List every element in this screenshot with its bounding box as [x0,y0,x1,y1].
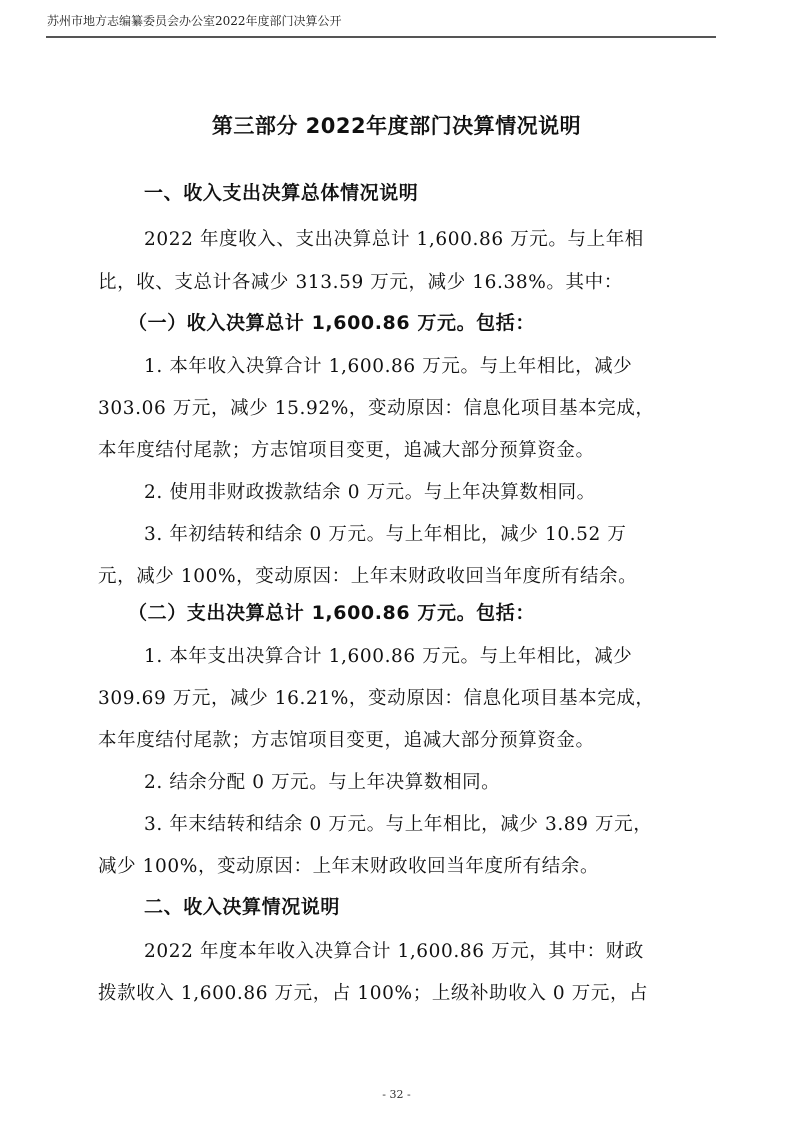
paragraph-line: 2022 年度收入、支出决算总计 1,600.86 万元。与上年相 [144,225,644,251]
paragraph-line: 元，减少 100%，变动原因：上年末财政收回当年度所有结余。 [98,562,637,588]
paragraph-line: 2. 使用非财政拨款结余 0 万元。与上年决算数相同。 [144,478,596,504]
paragraph-line: 比，收、支总计各减少 313.59 万元，减少 16.38%。其中： [98,268,623,294]
paragraph-line: 2. 结余分配 0 万元。与上年决算数相同。 [144,768,500,794]
paragraph-line: 3. 年初结转和结余 0 万元。与上年相比，减少 10.52 万 [144,520,627,546]
section-heading-1: 一、收入支出决算总体情况说明 [144,178,418,205]
running-header: 苏州市地方志编纂委员会办公室2022年度部门决算公开 [47,12,342,29]
header-rule [46,36,716,38]
subsection-heading-income: （一）收入决算总计 1,600.86 万元。包括： [128,308,535,335]
paragraph-line: 3. 年末结转和结余 0 万元。与上年相比，减少 3.89 万元， [144,810,652,836]
paragraph-line: 减少 100%，变动原因：上年末财政收回当年度所有结余。 [98,852,599,878]
subsection-heading-expense: （二）支出决算总计 1,600.86 万元。包括： [128,598,535,625]
paragraph-line: 本年度结付尾款；方志馆项目变更，追减大部分预算资金。 [98,436,595,462]
page-number: - 32 - [0,1088,793,1101]
paragraph-line: 拨款收入 1,600.86 万元，占 100%；上级补助收入 0 万元，占 [98,979,648,1005]
paragraph-line: 2022 年度本年收入决算合计 1,600.86 万元，其中：财政 [144,937,644,963]
section-heading-2: 二、收入决算情况说明 [144,892,340,919]
paragraph-line: 1. 本年收入决算合计 1,600.86 万元。与上年相比，减少 [144,352,632,378]
paragraph-line: 309.69 万元，减少 16.21%，变动原因：信息化项目基本完成， [98,684,655,710]
page-title: 第三部分 2022年度部门决算情况说明 [0,110,793,140]
paragraph-line: 1. 本年支出决算合计 1,600.86 万元。与上年相比，减少 [144,642,632,668]
paragraph-line: 本年度结付尾款；方志馆项目变更，追减大部分预算资金。 [98,726,595,752]
paragraph-line: 303.06 万元，减少 15.92%，变动原因：信息化项目基本完成， [98,394,655,420]
